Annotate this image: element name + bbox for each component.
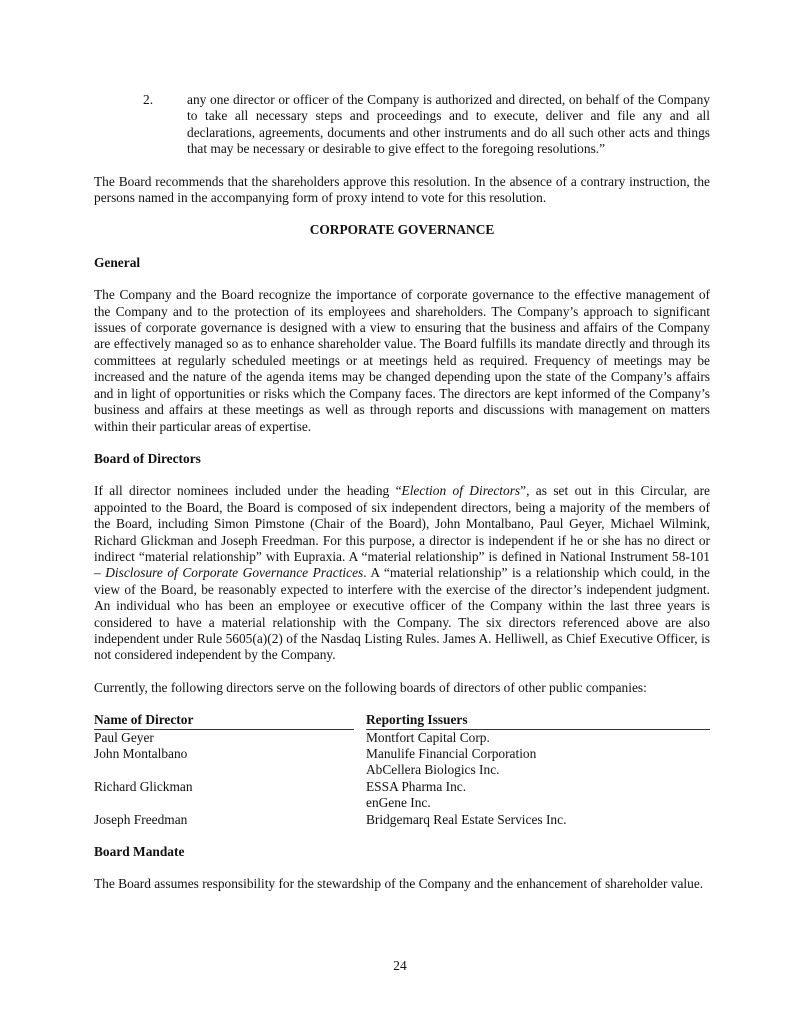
general-heading: General xyxy=(94,255,710,271)
document-page: 2. any one director or officer of the Co… xyxy=(94,92,710,893)
section-title: CORPORATE GOVERNANCE xyxy=(94,222,710,238)
table-row: enGene Inc. xyxy=(94,795,710,811)
page-number: 24 xyxy=(0,958,800,974)
general-paragraph: The Company and the Board recognize the … xyxy=(94,287,710,435)
director-name-cell xyxy=(94,762,354,778)
recommendation-paragraph: The Board recommends that the shareholde… xyxy=(94,174,710,207)
director-name-cell: Paul Geyer xyxy=(94,730,354,746)
table-row: AbCellera Biologics Inc. xyxy=(94,762,710,778)
board-of-directors-heading: Board of Directors xyxy=(94,451,710,467)
table-row: Joseph FreedmanBridgemarq Real Estate Se… xyxy=(94,812,710,828)
board-mandate-heading: Board Mandate xyxy=(94,844,710,860)
header-name-of-director: Name of Director xyxy=(94,712,354,729)
resolution-list-item: 2. any one director or officer of the Co… xyxy=(94,92,710,158)
resolution-text: any one director or officer of the Compa… xyxy=(187,92,710,158)
board-mandate-paragraph: The Board assumes responsibility for the… xyxy=(94,876,710,892)
header-reporting-issuers: Reporting Issuers xyxy=(366,712,710,729)
director-name-cell xyxy=(94,795,354,811)
text-run: If all director nominees included under … xyxy=(94,483,402,498)
list-number: 2. xyxy=(143,92,153,108)
reporting-issuer-cell: enGene Inc. xyxy=(366,795,710,811)
reporting-issuer-cell: Bridgemarq Real Estate Services Inc. xyxy=(366,812,710,828)
reporting-issuer-cell: Montfort Capital Corp. xyxy=(366,730,710,746)
director-name-cell: John Montalbano xyxy=(94,746,354,762)
table-row: Richard GlickmanESSA Pharma Inc. xyxy=(94,779,710,795)
table-header-row: Name of Director Reporting Issuers xyxy=(94,712,710,729)
table-row: John MontalbanoManulife Financial Corpor… xyxy=(94,746,710,762)
reporting-issuer-cell: ESSA Pharma Inc. xyxy=(366,779,710,795)
reporting-issuer-cell: AbCellera Biologics Inc. xyxy=(366,762,710,778)
directors-table: Name of Director Reporting Issuers Paul … xyxy=(94,712,710,828)
table-row: Paul GeyerMontfort Capital Corp. xyxy=(94,730,710,746)
director-name-cell: Joseph Freedman xyxy=(94,812,354,828)
italic-reference: Election of Directors xyxy=(402,483,521,498)
reporting-issuer-cell: Manulife Financial Corporation xyxy=(366,746,710,762)
director-name-cell: Richard Glickman xyxy=(94,779,354,795)
other-boards-intro: Currently, the following directors serve… xyxy=(94,680,710,696)
italic-reference: Disclosure of Corporate Governance Pract… xyxy=(105,565,363,580)
board-of-directors-paragraph: If all director nominees included under … xyxy=(94,483,710,663)
